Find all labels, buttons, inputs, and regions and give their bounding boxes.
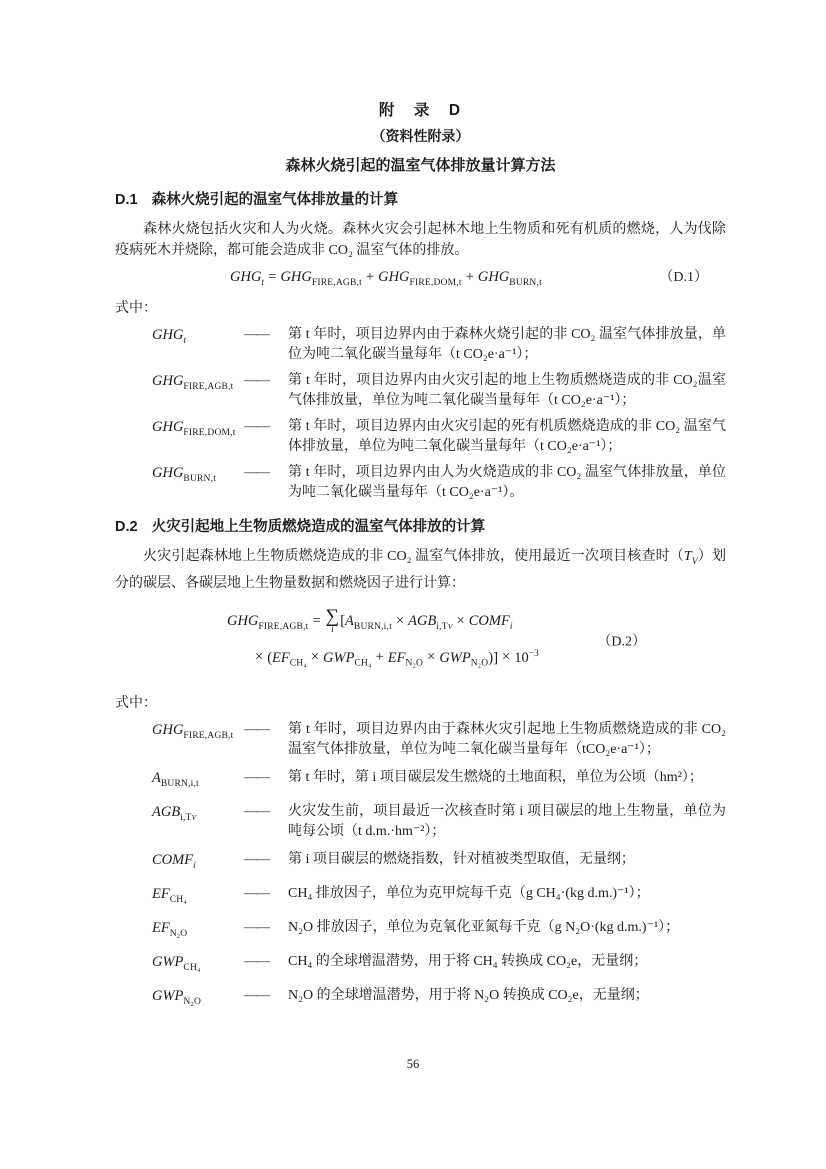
math-symbol: GHG <box>227 613 258 629</box>
section-d1-number: D.1 <box>115 192 138 208</box>
definition-row: GWPN₂O —— N₂O 的全球增温潜势，用于将 N₂O 转换成 CO₂e，无… <box>115 986 726 1012</box>
math-operator: + <box>376 649 384 665</box>
definition-dash: —— <box>244 417 288 437</box>
math-subscript: FIRE,DOM,t <box>410 278 462 288</box>
math-subscript: N₂O <box>471 658 489 668</box>
section-d2-heading: D.2火灾引起地上生物质燃烧造成的温室气体排放的计算 <box>115 517 726 538</box>
math-symbol: GWP <box>439 649 470 665</box>
definition-description: 第 t 年时，项目边界内由于森林火烧引起的非 CO₂ 温室气体排放量，单位为吨二… <box>288 325 726 365</box>
formula-d2-label: （D.2） <box>597 629 646 656</box>
definition-symbol: GHGFIRE,DOM,t <box>152 417 244 443</box>
definition-symbol: GHGFIRE,AGB,t <box>152 720 244 746</box>
definition-row: EFCH₄ —— CH₄ 排放因子，单位为克甲烷每千克（g CH₄·(kg d.… <box>115 884 726 910</box>
section-d2-title: 火灾引起地上生物质燃烧造成的温室气体排放的计算 <box>152 519 486 535</box>
definition-dash: —— <box>244 918 288 938</box>
document-page: 附 录 D （资料性附录） 森林火烧引起的温室气体排放量计算方法 D.1森林火烧… <box>0 0 826 1169</box>
math-subscript: BURN,t <box>509 278 542 288</box>
math-subsubscript: V <box>448 622 453 631</box>
summation-symbol: ∑i <box>326 608 340 635</box>
math-symbol: GHG <box>378 269 409 285</box>
math-bracket: )] <box>488 649 498 665</box>
math-operator: × <box>255 649 263 665</box>
section-d1-title: 森林火烧引起的温室气体排放量的计算 <box>152 192 399 208</box>
math-subscript: CH₄ <box>290 658 307 668</box>
definition-dash: —— <box>244 463 288 483</box>
page-content: 附 录 D （资料性附录） 森林火烧引起的温室气体排放量计算方法 D.1森林火烧… <box>115 100 726 1020</box>
d2-where-label: 式中： <box>115 693 726 714</box>
definition-symbol: GWPCH₄ <box>152 952 244 978</box>
doc-title: 森林火烧引起的温室气体排放量计算方法 <box>115 155 726 176</box>
definition-description: 第 t 年时，项目边界内由于森林火灾引起地上生物质燃烧造成的非 CO₂ 温室气体… <box>288 720 726 760</box>
math-subscript: t <box>261 278 264 288</box>
d2-intro-pre: 火灾引起森林地上生物质燃烧造成的非 CO₂ 温室气体排放，使用最近一次项目核查时… <box>143 549 684 564</box>
math-operator: × <box>427 649 435 665</box>
section-d2-number: D.2 <box>115 519 138 535</box>
math-symbol: A <box>345 613 354 629</box>
formula-d1-label: （D.1） <box>659 267 708 288</box>
math-subscript: FIRE,AGB,t <box>312 278 362 288</box>
math-subscript: FIRE,AGB,t <box>258 622 308 632</box>
d1-intro-paragraph: 森林火烧包括火灾和人为火烧。森林火灾会引起林木地上生物质和死有机质的燃烧，人为伐… <box>115 219 726 261</box>
definition-row: GHGBURN,t —— 第 t 年时，项目边界内由人为火烧造成的非 CO₂ 温… <box>115 463 726 503</box>
definition-row: AGBi,TV —— 火灾发生前，项目最近一次核查时第 i 项目碳层的地上生物量… <box>115 802 726 842</box>
math-symbol: GHG <box>280 269 311 285</box>
d1-where-label: 式中： <box>115 298 726 319</box>
math-subscript: N₂O <box>405 658 423 668</box>
definition-row: EFN₂O —— N₂O 排放因子，单位为克氧化亚氮每千克（g N₂O·(kg … <box>115 918 726 944</box>
definition-row: COMFi —— 第 i 项目碳层的燃烧指数，针对植被类型取值，无量纲； <box>115 850 726 876</box>
definition-description: N₂O 的全球增温潜势，用于将 N₂O 转换成 CO₂e，无量纲； <box>288 986 726 1006</box>
math-operator: = <box>312 613 320 629</box>
definition-description: 第 i 项目碳层的燃烧指数，针对植被类型取值，无量纲； <box>288 850 726 870</box>
appendix-note: （资料性附录） <box>115 126 726 147</box>
definition-symbol: GHGBURN,t <box>152 463 244 489</box>
definition-symbol: COMFi <box>152 850 244 876</box>
math-symbol: AGB <box>408 613 436 629</box>
d2-definition-list: GHGFIRE,AGB,t —— 第 t 年时，项目边界内由于森林火灾引起地上生… <box>115 720 726 1011</box>
math-operator: × <box>457 613 465 629</box>
page-number: 56 <box>0 1057 826 1072</box>
d2-intro-paragraph: 火灾引起森林地上生物质燃烧造成的非 CO₂ 温室气体排放，使用最近一次项目核查时… <box>115 546 726 594</box>
definition-dash: —— <box>244 720 288 740</box>
math-subscript: CH₄ <box>354 658 371 668</box>
math-operator: + <box>466 269 474 285</box>
math-operator: × <box>396 613 404 629</box>
formula-d2-line1: GHGFIRE,AGB,t=∑i[ABURN,i,t×AGBi,TV×COMFi <box>227 608 726 641</box>
definition-row: GHGt —— 第 t 年时，项目边界内由于森林火烧引起的非 CO₂ 温室气体排… <box>115 325 726 365</box>
definition-dash: —— <box>244 884 288 904</box>
section-d1-heading: D.1森林火烧引起的温室气体排放量的计算 <box>115 190 726 211</box>
definition-dash: —— <box>244 986 288 1006</box>
math-operator: + <box>366 269 374 285</box>
math-operator: × <box>502 649 510 665</box>
definition-symbol: GWPN₂O <box>152 986 244 1012</box>
formula-d2-line2: ×(EFCH₄×GWPCH₄+EFN₂O×GWPN₂O)]×10−3 <box>255 641 726 678</box>
math-subscript: i <box>510 622 513 632</box>
definition-description: CH₄ 排放因子，单位为克甲烷每千克（g CH₄·(kg d.m.)⁻¹）； <box>288 884 726 904</box>
definition-symbol: AGBi,TV <box>152 802 244 828</box>
definition-symbol: GHGt <box>152 325 244 351</box>
math-symbol: T <box>684 549 692 564</box>
definition-row: GWPCH₄ —— CH₄ 的全球增温潜势，用于将 CH₄ 转换成 CO₂e，无… <box>115 952 726 978</box>
definition-dash: —— <box>244 371 288 391</box>
math-operator: = <box>268 269 276 285</box>
math-symbol: GWP <box>323 649 354 665</box>
definition-dash: —— <box>244 768 288 788</box>
math-exponent: −3 <box>529 649 539 659</box>
math-number: 10 <box>514 649 529 665</box>
definition-description: 第 t 年时，第 i 项目碳层发生燃烧的土地面积，单位为公顷（hm²）； <box>288 768 726 788</box>
definition-dash: —— <box>244 802 288 822</box>
definition-dash: —— <box>244 325 288 345</box>
definition-dash: —— <box>244 952 288 972</box>
definition-row: GHGFIRE,AGB,t —— 第 t 年时，项目边界内由火灾引起的地上生物质… <box>115 371 726 411</box>
math-symbol: EF <box>388 649 406 665</box>
math-subscript: i,T <box>436 622 447 632</box>
math-symbol: GHG <box>478 269 509 285</box>
definition-description: CH₄ 的全球增温潜势，用于将 CH₄ 转换成 CO₂e，无量纲； <box>288 952 726 972</box>
definition-symbol: ABURN,i,t <box>152 768 244 794</box>
formula-d1: GHGt=GHGFIRE,AGB,t+GHGFIRE,DOM,t+GHGBURN… <box>115 267 726 294</box>
definition-description: 第 t 年时，项目边界内由人为火烧造成的非 CO₂ 温室气体排放量，单位为吨二氧… <box>288 463 726 503</box>
definition-symbol: EFCH₄ <box>152 884 244 910</box>
definition-row: GHGFIRE,DOM,t —— 第 t 年时，项目边界内由火灾引起的死有机质燃… <box>115 417 726 457</box>
definition-dash: —— <box>244 850 288 870</box>
math-operator: × <box>311 649 319 665</box>
math-symbol: GHG <box>230 269 261 285</box>
definition-row: GHGFIRE,AGB,t —— 第 t 年时，项目边界内由于森林火灾引起地上生… <box>115 720 726 760</box>
d1-definition-list: GHGt —— 第 t 年时，项目边界内由于森林火烧引起的非 CO₂ 温室气体排… <box>115 325 726 503</box>
formula-d1-expression: GHGt=GHGFIRE,AGB,t+GHGFIRE,DOM,t+GHGBURN… <box>230 269 542 285</box>
math-symbol: EF <box>272 649 290 665</box>
definition-symbol: GHGFIRE,AGB,t <box>152 371 244 397</box>
math-symbol: COMF <box>469 613 510 629</box>
math-subscript: BURN,i,t <box>354 622 392 632</box>
appendix-label: 附 录 D <box>115 100 726 121</box>
definition-description: 火灾发生前，项目最近一次核查时第 i 项目碳层的地上生物量，单位为吨每公顷（t … <box>288 802 726 842</box>
formula-d2: GHGFIRE,AGB,t=∑i[ABURN,i,t×AGBi,TV×COMFi… <box>115 608 726 678</box>
definition-symbol: EFN₂O <box>152 918 244 944</box>
definition-row: ABURN,i,t —— 第 t 年时，第 i 项目碳层发生燃烧的土地面积，单位… <box>115 768 726 794</box>
definition-description: 第 t 年时，项目边界内由火灾引起的死有机质燃烧造成的非 CO₂ 温室气体排放量… <box>288 417 726 457</box>
definition-description: 第 t 年时，项目边界内由火灾引起的地上生物质燃烧造成的非 CO₂温室气体排放量… <box>288 371 726 411</box>
definition-description: N₂O 排放因子，单位为克氧化亚氮每千克（g N₂O·(kg d.m.)⁻¹）； <box>288 918 726 938</box>
